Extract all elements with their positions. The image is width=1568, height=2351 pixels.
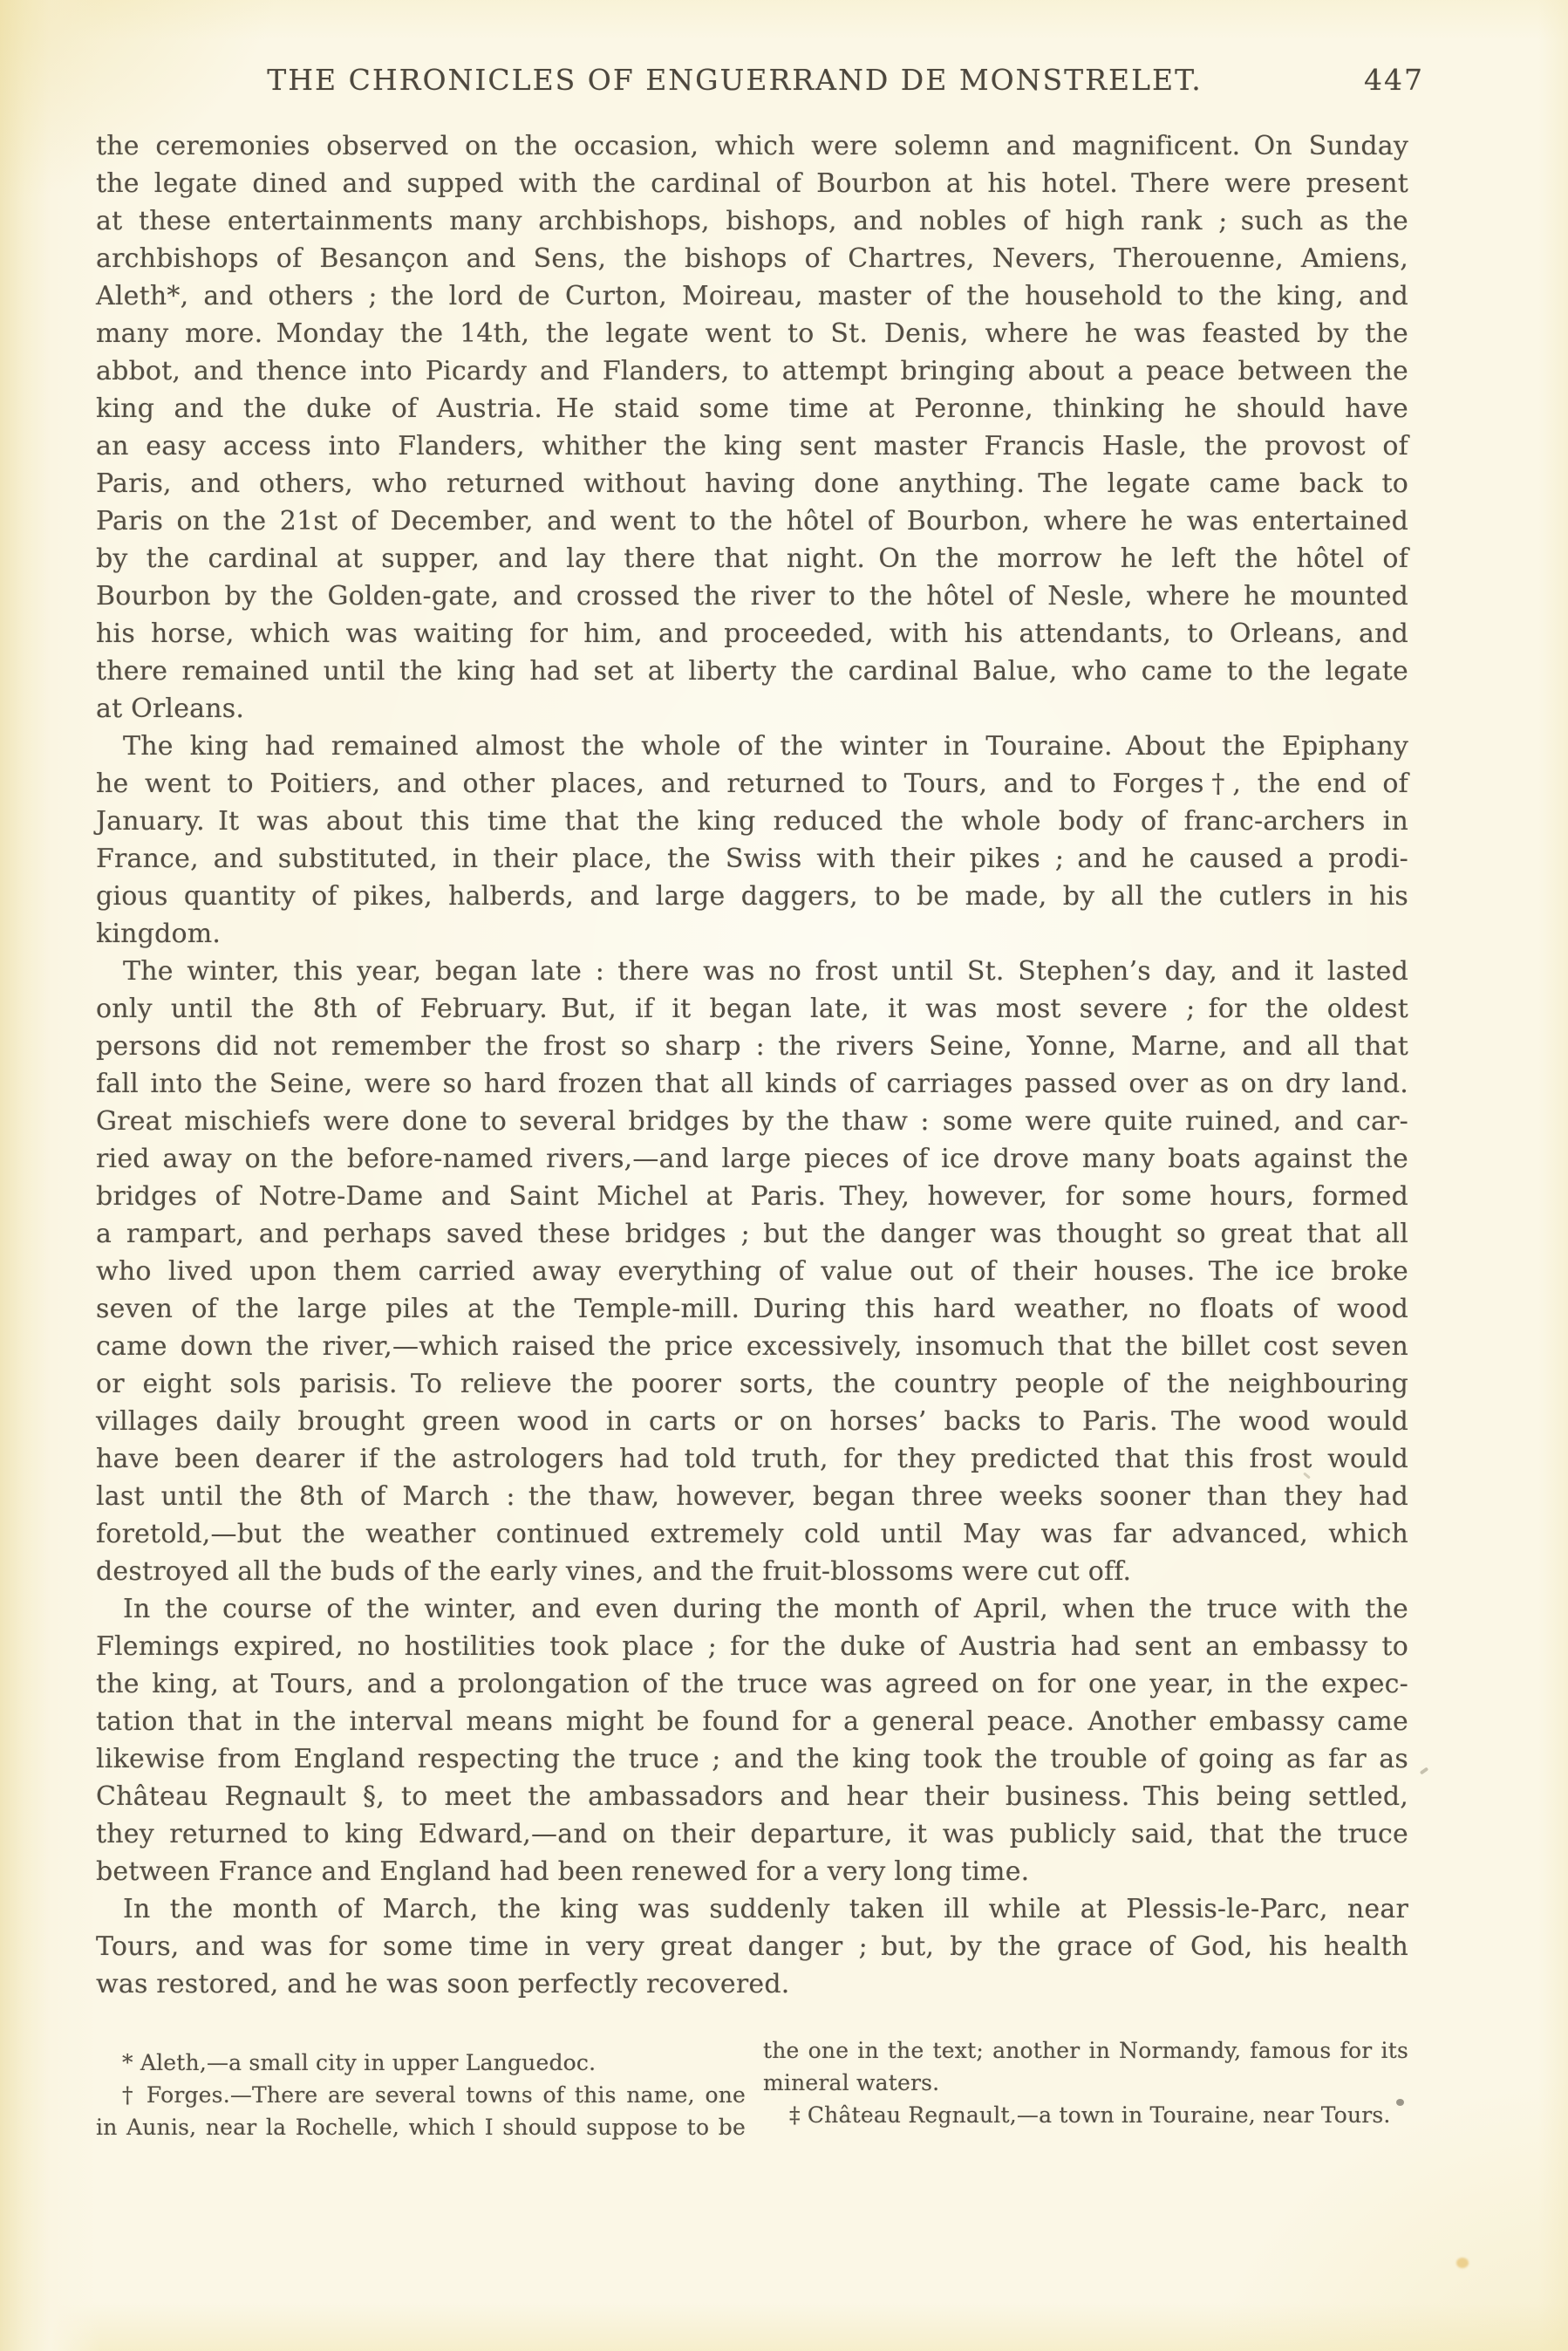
text-line: January. It was about this time that the… [96, 803, 1408, 840]
text-line: seven of the large piles at the Temple-m… [96, 1290, 1408, 1328]
footnote-line: the one in the text; another in Normandy… [763, 2034, 1408, 2067]
text-line: kingdom. [96, 915, 1408, 953]
text-line: In the course of the winter, and even du… [96, 1590, 1408, 1628]
text-line: villages daily brought green wood in car… [96, 1403, 1408, 1440]
text-line: gious quantity of pikes, halberds, and l… [96, 878, 1408, 915]
text-line: came down the river,—which raised the pr… [96, 1328, 1408, 1365]
footnotes-section: * Aleth,—a small city in upper Languedoc… [96, 2034, 1408, 2143]
text-line: France, and substituted, in their place,… [96, 840, 1408, 878]
running-header: THE CHRONICLES OF ENGUERRAND DE MONSTREL… [96, 61, 1408, 99]
text-line: was restored, and he was soon perfectly … [96, 1965, 1408, 2003]
text-line: they returned to king Edward,—and on the… [96, 1815, 1408, 1853]
text-line: In the month of March, the king was sudd… [96, 1890, 1408, 1928]
text-line: the legate dined and supped with the car… [96, 165, 1408, 202]
text-line: the king, at Tours, and a prolongation o… [96, 1665, 1408, 1703]
footnote-line: mineral waters. [763, 2067, 1408, 2099]
text-line: a rampart, and perhaps saved these bridg… [96, 1215, 1408, 1253]
text-line: between France and England had been rene… [96, 1853, 1408, 1890]
text-line: Bourbon by the Golden-gate, and crossed … [96, 577, 1408, 615]
text-line: an easy access into Flanders, whither th… [96, 427, 1408, 465]
text-line: have been dearer if the astrologers had … [96, 1440, 1408, 1478]
footnote-line: in Aunis, near la Rochelle, which I shou… [96, 2111, 746, 2143]
text-line: last until the 8th of March : the thaw, … [96, 1478, 1408, 1515]
text-line: Paris, and others, who returned without … [96, 465, 1408, 502]
text-line: fall into the Seine, were so hard frozen… [96, 1065, 1408, 1103]
text-line: or eight sols parisis. To relieve the po… [96, 1365, 1408, 1403]
text-line: likewise from England respecting the tru… [96, 1740, 1408, 1778]
text-line: Aleth*, and others ; the lord de Curton,… [96, 277, 1408, 315]
text-line: his horse, which was waiting for him, an… [96, 615, 1408, 653]
text-line: abbot, and thence into Picardy and Fland… [96, 352, 1408, 390]
text-line: the ceremonies observed on the occasion,… [96, 127, 1408, 165]
text-line: tation that in the interval means might … [96, 1703, 1408, 1740]
scan-speck [1456, 2258, 1469, 2268]
text-line: he went to Poitiers, and other places, a… [96, 765, 1408, 803]
footnote-line: † Forges.—There are several towns of thi… [96, 2079, 746, 2111]
footnote-line: ‡ Château Regnault,—a town in Touraine, … [763, 2099, 1408, 2131]
text-line: Château Regnault §, to meet the ambassad… [96, 1778, 1408, 1815]
body-text: the ceremonies observed on the occasion,… [96, 127, 1408, 2003]
text-line: Great mischiefs were done to several bri… [96, 1103, 1408, 1140]
text-line: foretold,—but the weather continued extr… [96, 1515, 1408, 1553]
text-line: archbishops of Besançon and Sens, the bi… [96, 240, 1408, 277]
text-line: by the cardinal at supper, and lay there… [96, 540, 1408, 577]
text-line: The winter, this year, began late : ther… [96, 953, 1408, 990]
text-line: who lived upon them carried away everyth… [96, 1253, 1408, 1290]
text-line: only until the 8th of February. But, if … [96, 990, 1408, 1028]
text-line: persons did not remember the frost so sh… [96, 1028, 1408, 1065]
text-line: at these entertainments many archbishops… [96, 202, 1408, 240]
text-line: ried away on the before-named rivers,—an… [96, 1140, 1408, 1178]
text-line: destroyed all the buds of the early vine… [96, 1553, 1408, 1590]
text-line: many more. Monday the 14th, the legate w… [96, 315, 1408, 352]
text-line: at Orleans. [96, 690, 1408, 728]
page-title: THE CHRONICLES OF ENGUERRAND DE MONSTREL… [78, 61, 1391, 99]
footnote-line: * Aleth,—a small city in upper Languedoc… [96, 2047, 746, 2079]
text-line: The king had remained almost the whole o… [96, 728, 1408, 765]
text-line: Flemings expired, no hostilities took pl… [96, 1628, 1408, 1665]
text-line: bridges of Notre-Dame and Saint Michel a… [96, 1178, 1408, 1215]
page-number: 447 [1364, 61, 1424, 99]
text-line: king and the duke of Austria. He staid s… [96, 390, 1408, 427]
scan-speck [1420, 1767, 1428, 1774]
book-page-scan: THE CHRONICLES OF ENGUERRAND DE MONSTREL… [0, 0, 1568, 2351]
text-line: Tours, and was for some time in very gre… [96, 1928, 1408, 1965]
text-line: Paris on the 21st of December, and went … [96, 502, 1408, 540]
footnote-column-left: * Aleth,—a small city in upper Languedoc… [96, 2034, 746, 2143]
footnote-column-right: the one in the text; another in Normandy… [763, 2034, 1408, 2143]
scan-speck [1396, 2099, 1404, 2106]
text-line: there remained until the king had set at… [96, 653, 1408, 690]
